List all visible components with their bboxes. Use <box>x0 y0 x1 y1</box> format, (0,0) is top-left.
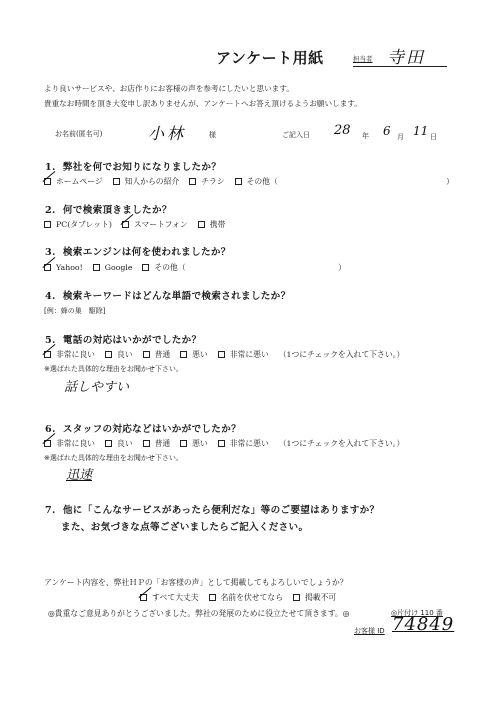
q5-option-good[interactable]: 良い <box>105 349 133 360</box>
honorific: 様 <box>209 130 216 140</box>
question-1-options: ホームページ 知人からの紹介 チラシ その他（ <box>44 176 288 187</box>
q3-option-other[interactable]: その他（ <box>142 262 185 273</box>
customer-id-label: お客様 ID <box>354 626 385 636</box>
checkbox-checked[interactable] <box>122 221 129 228</box>
q5-option-average[interactable]: 普通 <box>143 349 171 360</box>
intro-line-1: より良いサービスや、お店作りにお客様の声を参考にしたいと思います。 <box>44 83 294 94</box>
checkbox[interactable] <box>105 440 112 447</box>
date-label: ご記入日 <box>282 130 310 140</box>
checkbox[interactable] <box>189 178 196 185</box>
question-2-options: PC(タブレット) スマートフォン 携帯 <box>44 219 235 230</box>
q1-option-referral[interactable]: 知人からの紹介 <box>113 176 180 187</box>
q1-option-homepage[interactable]: ホームページ <box>44 176 103 187</box>
question-4: 4. 検索キーワードはどんな単語で検索されましたか？ <box>45 288 290 302</box>
q6-option-very-bad[interactable]: 非常に悪い <box>218 438 269 449</box>
checkbox[interactable] <box>180 351 187 358</box>
checkbox[interactable] <box>105 351 112 358</box>
q5-reason-prompt: ※選ばれた具体的な理由をお聞かせ下さい。 <box>44 364 183 374</box>
checkbox-checked[interactable] <box>140 594 147 601</box>
q3-option-google[interactable]: Google <box>93 263 133 272</box>
month-value-handwritten: 6 <box>383 124 391 138</box>
q6-option-average[interactable]: 普通 <box>143 438 171 449</box>
q6-reason-prompt: ※選ばれた具体的な理由をお聞かせ下さい。 <box>44 453 183 463</box>
question-3: 3. 検索エンジンは何を使われましたか？ <box>45 244 231 258</box>
checkbox[interactable] <box>142 264 149 271</box>
checkbox[interactable] <box>44 221 51 228</box>
name-value-handwritten: 小林 <box>148 121 186 144</box>
question-6-options: 非常に良い 良い 普通 悪い 非常に悪い （1つにチェックを入れて下さい。） <box>44 438 404 449</box>
name-label: お名前(匿名可) <box>55 129 102 139</box>
question-6: 6. スタッフの対応などはいかがでしたか？ <box>45 421 241 435</box>
publish-question: アンケート内容を、弊社ＨＰの「お客様の声」として掲載してもよろしいでしょうか？ <box>44 577 348 588</box>
question-3-options: Yahoo! Google その他（ <box>44 262 196 273</box>
question-5: 5. 電話の対応はいかがでしたか？ <box>45 332 201 346</box>
year-unit: 年 <box>362 131 369 141</box>
q6-option-bad[interactable]: 悪い <box>180 438 208 449</box>
checkbox-checked[interactable] <box>44 178 51 185</box>
q6-option-very-good[interactable]: 非常に良い <box>44 438 95 449</box>
checkbox[interactable] <box>235 178 242 185</box>
checkbox[interactable] <box>93 264 100 271</box>
checkbox[interactable] <box>218 351 225 358</box>
year-value-handwritten: 28 <box>334 123 351 138</box>
staff-label: 担当者 <box>353 54 373 63</box>
publish-option-anonymous[interactable]: 名前を伏せてなら <box>209 592 283 603</box>
day-value-handwritten: 11 <box>413 124 428 138</box>
q1-option-flyer[interactable]: チラシ <box>189 176 224 187</box>
checkbox-checked[interactable] <box>44 351 51 358</box>
q5-answer-handwritten: 話しやすい <box>64 376 129 395</box>
q2-option-pc[interactable]: PC(タブレット) <box>44 219 112 230</box>
checkbox[interactable] <box>218 440 225 447</box>
q4-example: [例：蜂の巣 駆除] <box>44 306 105 316</box>
q6-option-good[interactable]: 良い <box>105 438 133 449</box>
staff-name-handwritten: 寺田 <box>387 43 425 68</box>
question-1: 1. 弊社を何でお知りになりましたか？ <box>45 159 221 173</box>
q2-option-smartphone[interactable]: スマートフォン <box>122 219 188 230</box>
day-unit: 日 <box>430 132 437 142</box>
checkbox[interactable] <box>293 594 300 601</box>
staff-underline <box>353 66 447 67</box>
q5-option-bad[interactable]: 悪い <box>180 349 208 360</box>
month-unit: 月 <box>397 132 404 142</box>
publish-options: すべて大丈夫 名前を伏せてなら 掲載不可 <box>140 592 346 603</box>
q3-option-yahoo[interactable]: Yahoo! <box>44 263 83 272</box>
publish-option-all-ok[interactable]: すべて大丈夫 <box>140 592 199 603</box>
checkbox-checked[interactable] <box>44 440 51 447</box>
checkbox[interactable] <box>143 351 150 358</box>
q2-option-mobile[interactable]: 携帯 <box>198 219 226 230</box>
checkbox[interactable] <box>143 440 150 447</box>
question-7-line-2: また、お気づきな点等ございましたらご記入ください。 <box>61 519 308 533</box>
question-5-options: 非常に良い 良い 普通 悪い 非常に悪い （1つにチェックを入れて下さい。） <box>44 349 404 360</box>
checkbox[interactable] <box>209 594 216 601</box>
form-title: アンケート用紙 <box>216 47 324 68</box>
question-2: 2. 何で検索頂きましたか？ <box>45 202 172 216</box>
thanks-message: ◎貴重なご意見ありがとうございました。弊社の発展のために役立たせて頂きます。◎ <box>48 608 349 619</box>
customer-id-value-handwritten: 74849 <box>392 614 454 635</box>
question-7: 7. 他に「こんなサービスがあったら便利だな」等のご要望はありますか？ <box>45 502 379 516</box>
q5-option-very-good[interactable]: 非常に良い <box>44 349 95 360</box>
q5-option-very-bad[interactable]: 非常に悪い <box>218 349 269 360</box>
q6-note: （1つにチェックを入れて下さい。） <box>279 438 405 449</box>
q3-close-paren: ） <box>338 262 346 273</box>
checkbox[interactable] <box>113 178 120 185</box>
intro-line-2: 貴重なお時間を頂き大変申し訳ありませんが、アンケートへお答え頂けるようお願いしま… <box>44 98 362 109</box>
q1-close-paren: ） <box>446 176 454 187</box>
q6-answer-handwritten: 迅速 <box>66 464 92 483</box>
q5-note: （1つにチェックを入れて下さい。） <box>279 349 405 360</box>
checkbox[interactable] <box>180 440 187 447</box>
q1-option-other[interactable]: その他（ <box>235 176 278 187</box>
checkbox-checked[interactable] <box>44 264 51 271</box>
checkbox[interactable] <box>198 221 205 228</box>
publish-option-not-allowed[interactable]: 掲載不可 <box>293 592 336 603</box>
